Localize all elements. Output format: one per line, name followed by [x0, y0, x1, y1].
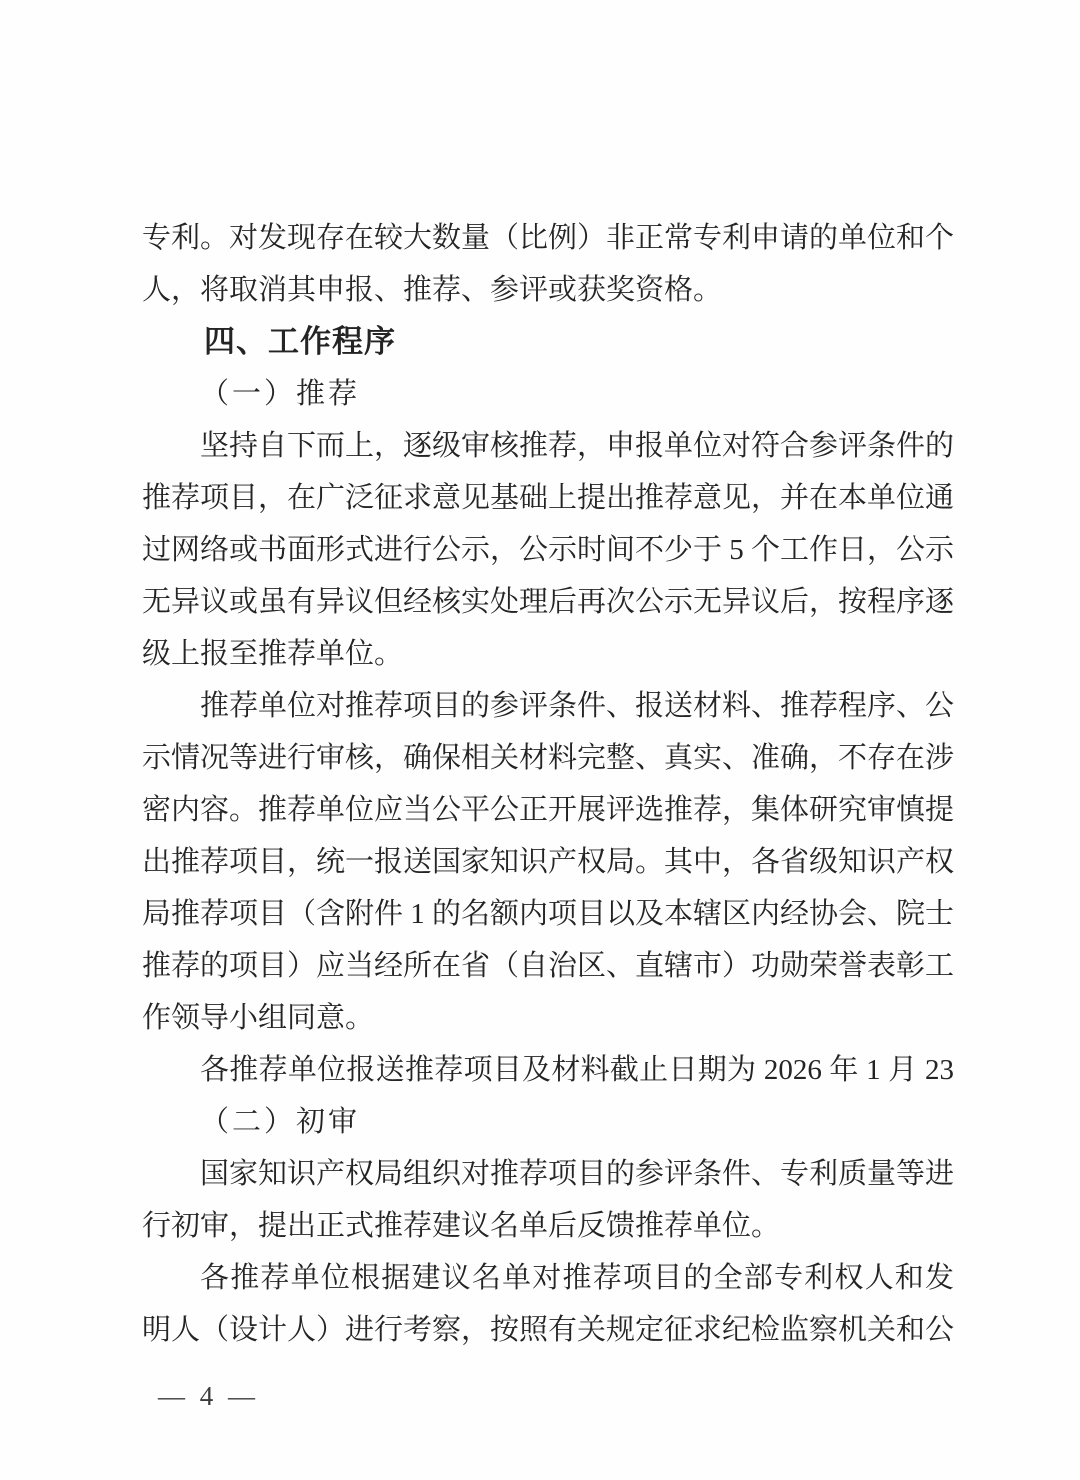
body-line: 局推荐项目（含附件 1 的名额内项目以及本辖区内经协会、院士: [142, 888, 954, 940]
body-line: 各推荐单位报送推荐项目及材料截止日期为 2026 年 1 月 23 日。: [142, 1044, 954, 1096]
body-line: 明人（设计人）进行考察，按照有关规定征求纪检监察机关和公: [142, 1304, 954, 1356]
body-line: 作领导小组同意。: [142, 992, 954, 1044]
body-line: 级上报至推荐单位。: [142, 628, 954, 680]
body-line: 推荐的项目）应当经所在省（自治区、直辖市）功勋荣誉表彰工: [142, 940, 954, 992]
section-heading-work-procedure: 四、工作程序: [142, 316, 954, 368]
body-line: 各推荐单位根据建议名单对推荐项目的全部专利权人和发: [142, 1252, 954, 1304]
body-line: 行初审，提出正式推荐建议名单后反馈推荐单位。: [142, 1200, 954, 1252]
body-line: 国家知识产权局组织对推荐项目的参评条件、专利质量等进: [142, 1148, 954, 1200]
body-line: 坚持自下而上，逐级审核推荐，申报单位对符合参评条件的: [142, 420, 954, 472]
body-line: 出推荐项目，统一报送国家知识产权局。其中，各省级知识产权: [142, 836, 954, 888]
body-line: 推荐项目，在广泛征求意见基础上提出推荐意见，并在本单位通: [142, 472, 954, 524]
document-page: 专利。对发现存在较大数量（比例）非正常专利申请的单位和个 人，将取消其申报、推荐…: [0, 0, 1080, 1480]
body-line: 推荐单位对推荐项目的参评条件、报送材料、推荐程序、公: [142, 680, 954, 732]
body-line: 过网络或书面形式进行公示，公示时间不少于 5 个工作日，公示: [142, 524, 954, 576]
document-body: 专利。对发现存在较大数量（比例）非正常专利申请的单位和个 人，将取消其申报、推荐…: [142, 212, 954, 1356]
subsection-heading-preliminary-review: （二）初审: [142, 1096, 954, 1148]
subsection-heading-recommendation: （一）推荐: [142, 368, 954, 420]
body-line: 密内容。推荐单位应当公平公正开展评选推荐，集体研究审慎提: [142, 784, 954, 836]
body-line: 人，将取消其申报、推荐、参评或获奖资格。: [142, 264, 954, 316]
body-line: 无异议或虽有异议但经核实处理后再次公示无异议后，按程序逐: [142, 576, 954, 628]
page-number: — 4 —: [158, 1376, 259, 1416]
body-line: 专利。对发现存在较大数量（比例）非正常专利申请的单位和个: [142, 212, 954, 264]
body-line: 示情况等进行审核，确保相关材料完整、真实、准确，不存在涉: [142, 732, 954, 784]
